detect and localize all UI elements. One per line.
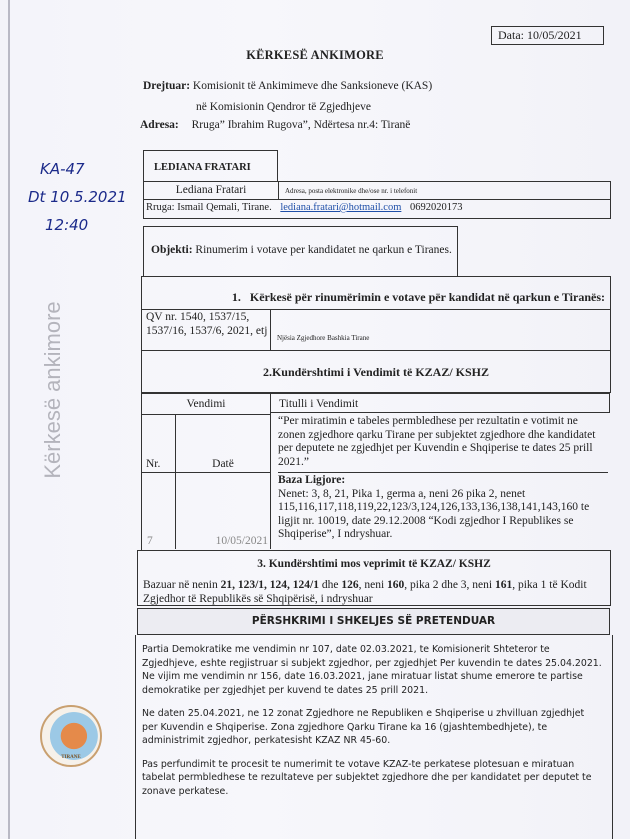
objekti-label: Objekti: (151, 244, 193, 256)
col-nr-cell: Nr. (142, 414, 176, 473)
decision-title: “Per miratimin e tabeles permbledhese pe… (278, 415, 608, 473)
s3-text-a: Bazuar në nenin (143, 579, 221, 591)
section3-title: 3. Kundërshtimi mos veprimit të KZAZ/ KS… (138, 558, 610, 570)
paragraph-1: Partia Demokratike me vendimin nr 107, d… (142, 643, 602, 697)
paragraph-2: Ne daten 25.04.2021, ne 12 zonat Zgjedho… (142, 707, 602, 748)
section4-header: PËRSHKRIMI I SHKELJES SË PRETENDUAR (137, 608, 610, 635)
legal-basis: Baza Ligjore: Nenet: 3, 8, 21, Pika 1, g… (278, 474, 608, 542)
phone: 0692020173 (410, 202, 463, 213)
section2-header: 2.Kundërshtimi i Vendimit të KZAZ/ KSHZ (141, 351, 611, 393)
s3-bold-2: 126 (341, 579, 358, 591)
s3-text-b: dhe (319, 579, 341, 591)
section2-title: 2.Kundërshtimi i Vendimit të KZAZ/ KSHZ (142, 365, 610, 380)
address-line: Adresa: Rruga” Ibrahim Rugova”, Ndërtesa… (140, 119, 410, 131)
s3-bold-1: 21, 123/1, 124, 124/1 (221, 579, 319, 591)
applicant-row: Lediana Fratari Adresa, posta elektronik… (143, 181, 611, 200)
s3-text-c: , neni (359, 579, 387, 591)
document-title: KËRKESË ANKIMORE (0, 48, 630, 63)
s3-bold-3: 160 (387, 579, 404, 591)
street: Rruga: Ismail Qemali, Tirane. (146, 202, 272, 213)
objekti-box: Objekti: Rinumerim i votave per kandidat… (143, 226, 458, 276)
addressee-line1: Drejtuar: Komisionit të Ankimimeve dhe S… (143, 80, 432, 92)
section3-text: Bazuar në nenin 21, 123/1, 124, 124/1 dh… (143, 578, 608, 606)
contact-label: Adresa, posta elektronike dhe/ose nr. i … (285, 187, 417, 195)
s3-bold-4: 161 (495, 579, 512, 591)
nr-cell: 7 (142, 473, 176, 549)
col-titulli: Titulli i Vendimit (271, 393, 610, 413)
col-date-cell: Datë (176, 414, 271, 473)
contact-values: Rruga: Ismail Qemali, Tirane. lediana.fr… (146, 202, 463, 213)
email-link[interactable]: lediana.fratari@hotmail.com (280, 202, 401, 213)
objekti-line: Objekti: Rinumerim i votave per kandidat… (151, 244, 452, 256)
drejtuar-label: Drejtuar: (143, 80, 190, 92)
handwritten-time: 12:40 (45, 216, 88, 234)
decision-table: Vendimi Titulli i Vendimit Nr. Datë “Per… (141, 393, 612, 551)
s3-text-d: , pika 2 dhe 3, neni (404, 579, 495, 591)
section1-header: 1. Kërkesë për rinumërimin e votave për … (141, 276, 611, 310)
section1-title: 1. Kërkesë për rinumërimin e votave për … (232, 290, 605, 305)
drejtuar-value: Komisionit të Ankimimeve dhe Sanksioneve… (193, 80, 432, 92)
handwritten-ref: KA-47 (40, 160, 85, 178)
seal-label: TIRANE (42, 755, 100, 760)
electoral-unit: Njësia Zgjedhore Bashkia Tirane (277, 334, 369, 342)
applicant-name: Lediana Fratari (144, 182, 279, 199)
sidebar-label: Kërkesë ankimore (40, 301, 66, 478)
contact-row: Rruga: Ismail Qemali, Tirane. lediana.fr… (143, 199, 611, 219)
applicant-name-header-cell: LEDIANA FRATARI (143, 150, 278, 182)
date-cell: 10/05/2021 (176, 473, 271, 549)
col-nr: Nr. (146, 458, 160, 470)
kzaz-seal-icon: TIRANE (40, 705, 102, 767)
baza-text: Nenet: 3, 8, 21, Pika 1, germa a, neni 2… (278, 488, 589, 541)
section3-box: 3. Kundërshtimi mos veprimit të KZAZ/ KS… (137, 550, 611, 606)
baza-label: Baza Ligjore: (278, 474, 345, 486)
date-box: Data: 10/05/2021 (491, 26, 604, 45)
qv-list: QV nr. 1540, 1537/15, 1537/16, 1537/6, 2… (146, 310, 271, 350)
section4-title: PËRSHKRIMI I SHKELJES SË PRETENDUAR (138, 615, 609, 627)
section4-body: Partia Demokratike me vendimin nr 107, d… (135, 635, 613, 839)
col-date: Datë (176, 458, 270, 470)
paragraph-3: Pas perfundimit te procesit te numerimit… (142, 758, 602, 799)
addressee-line2: në Komisionin Qendror të Zgjedhjeve (196, 101, 371, 113)
decision-date: 10/05/2021 (216, 535, 268, 547)
col-vendimi: Vendimi (142, 393, 271, 415)
adresa-value: Rruga” Ibrahim Rugova”, Ndërtesa nr.4: T… (192, 119, 411, 131)
objekti-value: Rinumerim i votave per kandidatet ne qar… (195, 244, 451, 256)
section1-row: QV nr. 1540, 1537/15, 1537/16, 1537/6, 2… (141, 309, 611, 351)
applicant-name-header: LEDIANA FRATARI (144, 151, 277, 173)
decision-nr: 7 (147, 535, 153, 547)
handwritten-date: Dt 10.5.2021 (28, 188, 127, 206)
violation-description: Partia Demokratike me vendimin nr 107, d… (142, 643, 602, 798)
adresa-label: Adresa: (140, 119, 179, 131)
